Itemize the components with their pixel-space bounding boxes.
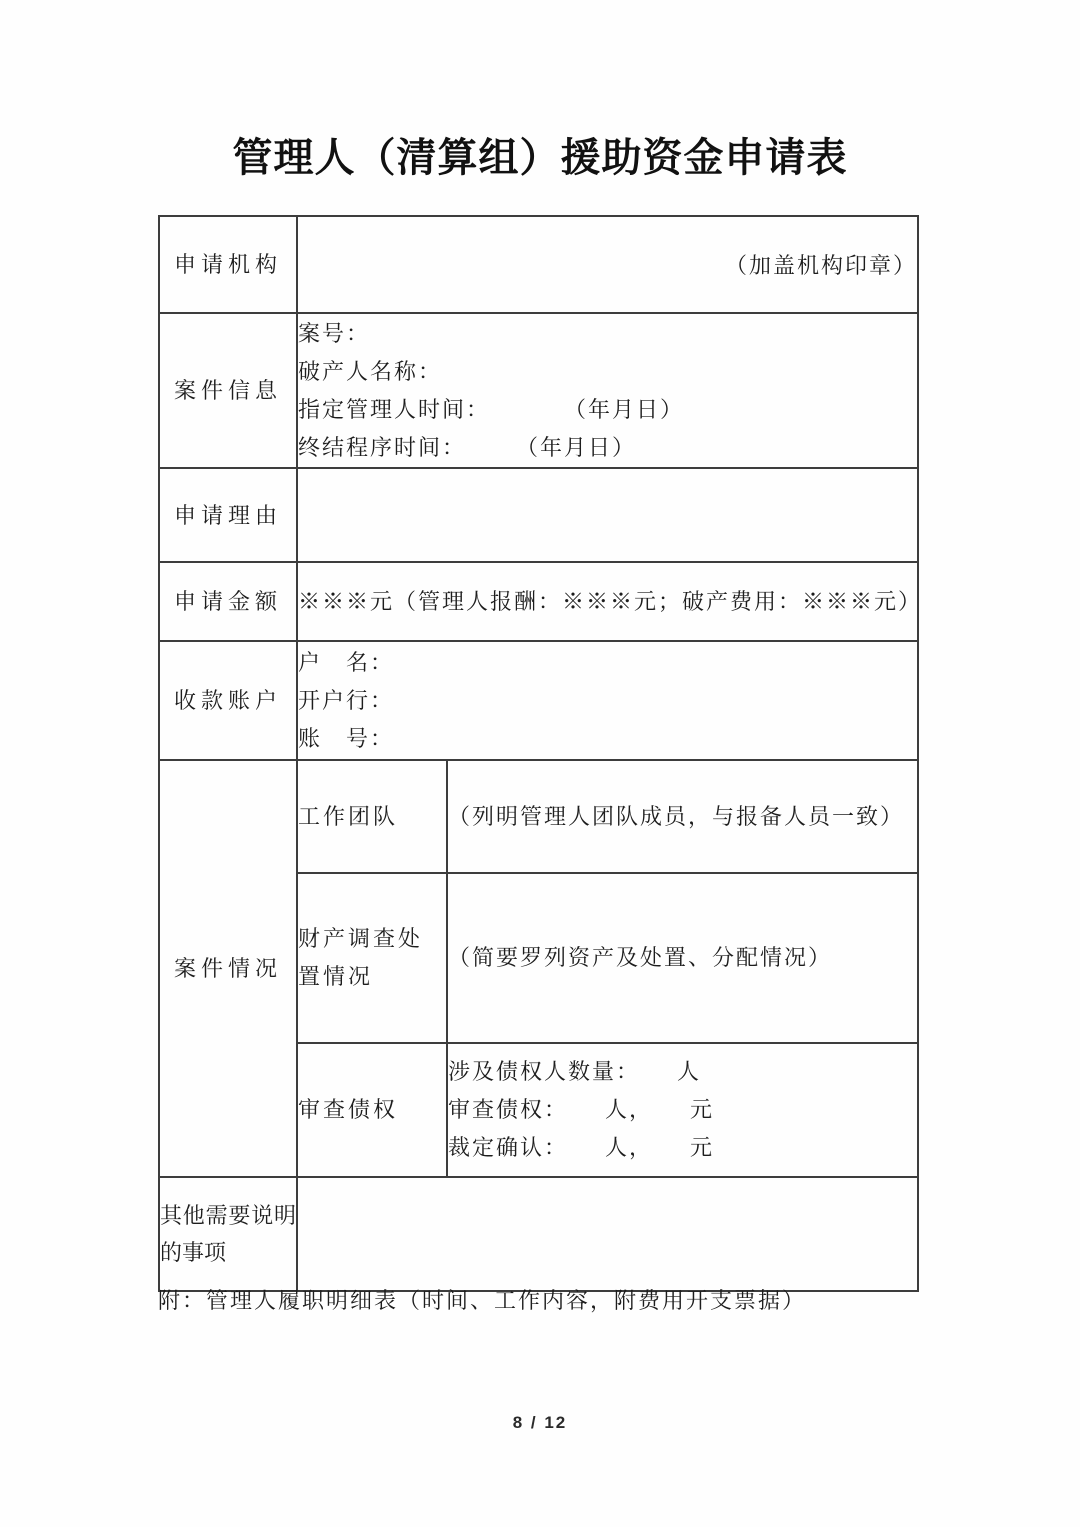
account-number-line: 账 号： — [298, 720, 917, 758]
row-application-amount: 申请金额 ※※※元（管理人报酬：※※※元；破产费用：※※※元） — [159, 562, 918, 641]
row-other-notes: 其他需要说明的事项 — [159, 1177, 918, 1291]
bankrupt-name-line: 破产人名称： — [298, 353, 917, 391]
page-number: 8 / 12 — [0, 1413, 1080, 1433]
case-status-label: 案件情况 — [159, 760, 297, 1177]
row-applicant-org: 申请机构 （加盖机构印章） — [159, 216, 918, 313]
row-application-reason: 申请理由 — [159, 468, 918, 562]
property-investigation-content-cell: （简要罗列资产及处置、分配情况） — [447, 873, 918, 1043]
creditors-count-line: 涉及债权人数量： 人 — [448, 1053, 917, 1091]
seal-note: （加盖机构印章） — [298, 249, 917, 280]
account-bank-line: 开户行： — [298, 682, 917, 720]
work-team-content-cell: （列明管理人团队成员，与报备人员一致） — [447, 760, 918, 873]
account-name-line: 户 名： — [298, 644, 917, 682]
attachment-note: 附：管理人履职明细表（时间、工作内容，附费用开支票据） — [158, 1286, 806, 1316]
work-team-label: 工作团队 — [297, 760, 447, 873]
receiving-account-content-cell: 户 名： 开户行： 账 号： — [297, 641, 918, 760]
claims-review-label: 审查债权 — [297, 1043, 447, 1177]
page-title: 管理人（清算组）援助资金申请表 — [0, 126, 1080, 183]
document-page: 管理人（清算组）援助资金申请表 申请机构 （加盖机构印章） 案件信息 案号： 破… — [0, 0, 1080, 1527]
receiving-account-label: 收款账户 — [159, 641, 297, 760]
other-notes-content-cell — [297, 1177, 918, 1291]
case-info-label: 案件信息 — [159, 313, 297, 468]
row-case-status-team: 案件情况 工作团队 （列明管理人团队成员，与报备人员一致） — [159, 760, 918, 873]
case-info-content-cell: 案号： 破产人名称： 指定管理人时间： （年月日） 终结程序时间： （年月日） — [297, 313, 918, 468]
applicant-org-label: 申请机构 — [159, 216, 297, 313]
row-case-info: 案件信息 案号： 破产人名称： 指定管理人时间： （年月日） 终结程序时间： （… — [159, 313, 918, 468]
property-investigation-note: （简要罗列资产及处置、分配情况） — [448, 939, 917, 977]
claims-reviewed-line: 审查债权： 人， 元 — [448, 1091, 917, 1129]
applicant-org-value-cell: （加盖机构印章） — [297, 216, 918, 313]
procedure-end-line: 终结程序时间： （年月日） — [298, 429, 917, 467]
application-amount-content-cell: ※※※元（管理人报酬：※※※元；破产费用：※※※元） — [297, 562, 918, 641]
other-notes-label: 其他需要说明的事项 — [159, 1177, 297, 1291]
application-amount-label: 申请金额 — [159, 562, 297, 641]
claims-review-content-cell: 涉及债权人数量： 人 审查债权： 人， 元 裁定确认： 人， 元 — [447, 1043, 918, 1177]
claims-confirmed-line: 裁定确认： 人， 元 — [448, 1129, 917, 1167]
work-team-note: （列明管理人团队成员，与报备人员一致） — [448, 798, 917, 836]
administrator-appointed-line: 指定管理人时间： （年月日） — [298, 391, 917, 429]
application-reason-content-cell — [297, 468, 918, 562]
case-number-line: 案号： — [298, 315, 917, 353]
row-receiving-account: 收款账户 户 名： 开户行： 账 号： — [159, 641, 918, 760]
application-form-table: 申请机构 （加盖机构印章） 案件信息 案号： 破产人名称： 指定管理人时间： （… — [158, 215, 919, 1292]
property-investigation-label: 财产调查处置情况 — [297, 873, 447, 1043]
application-reason-label: 申请理由 — [159, 468, 297, 562]
amount-text: ※※※元（管理人报酬：※※※元；破产费用：※※※元） — [298, 584, 917, 620]
